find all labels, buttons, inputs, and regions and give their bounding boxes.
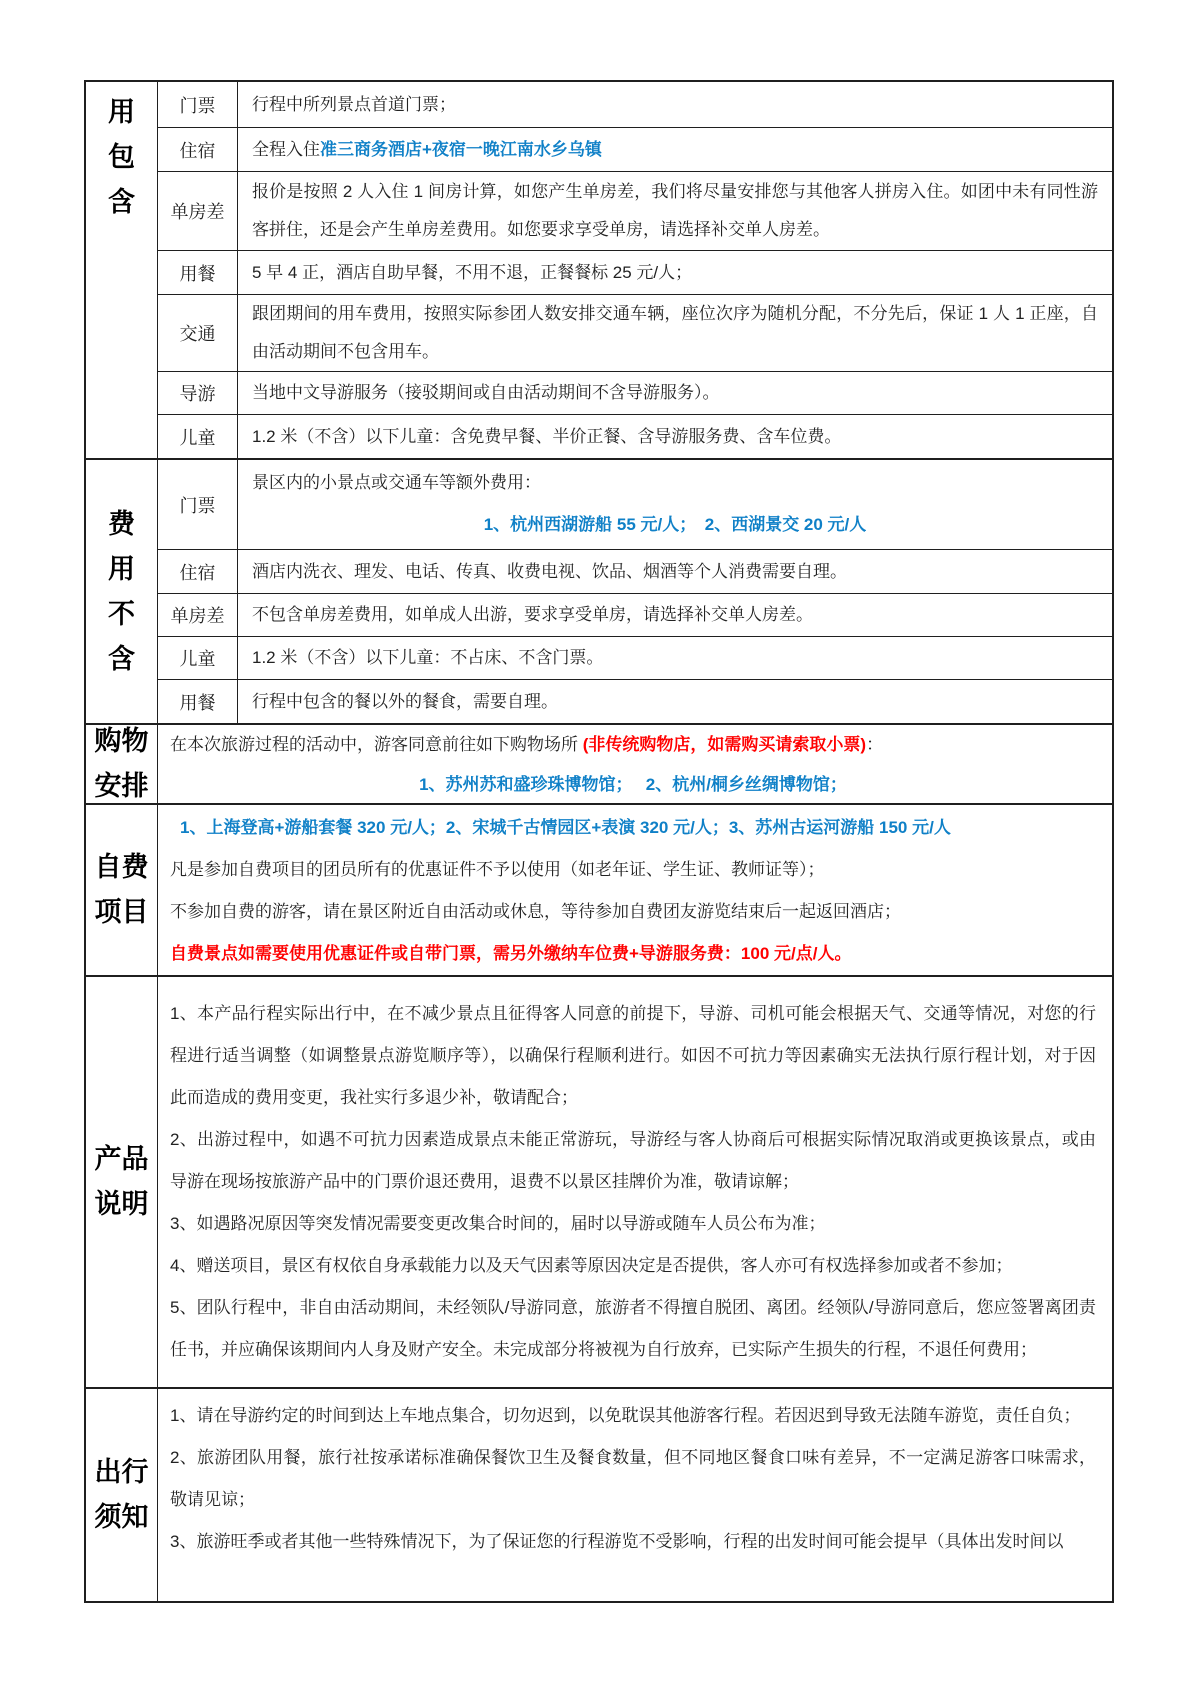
row-sub-label: 单房差 (158, 594, 238, 636)
section-included-body: 门票 行程中所列景点首道门票； 住宿 全程入住准三商务酒店+夜宿一晚江南水乡乌镇… (158, 82, 1112, 458)
label-line: 不 (108, 592, 135, 637)
section-product-notes-content: 1、本产品行程实际出行中，在不减少景点且征得客人同意的前提下，导游、司机可能会根… (158, 977, 1112, 1387)
section-excluded: 费 用 不 含 门票 景区内的小景点或交通车等额外费用： 1、杭州西湖游船 55… (86, 458, 1112, 723)
row-excluded-hotel: 住宿 酒店内洗衣、理发、电话、传真、收费电视、饮品、烟酒等个人消费需要自理。 (158, 549, 1112, 593)
row-content: 当地中文导游服务（接驳期间或自由活动期间不含导游服务）。 (238, 372, 1112, 414)
section-shopping-label: 购物 安排 (86, 725, 158, 803)
section-included-label: 用 包 含 (86, 82, 158, 458)
row-content: 酒店内洗衣、理发、电话、传真、收费电视、饮品、烟酒等个人消费需要自理。 (238, 550, 1112, 593)
row-sub-label: 住宿 (158, 128, 238, 171)
self-paid-price-list: 1、上海登高+游船套餐 320 元/人；2、宋城千古情园区+表演 320 元/人… (170, 807, 1096, 849)
travel-note-item: 3、旅游旺季或者其他一些特殊情况下，为了保证您的行程游览不受影响，行程的出发时间… (170, 1521, 1096, 1563)
row-sub-label: 住宿 (158, 550, 238, 593)
label-line: 产品 (95, 1137, 149, 1182)
row-included-guide: 导游 当地中文导游服务（接驳期间或自由活动期间不含导游服务）。 (158, 371, 1112, 414)
shopping-intro-line: 在本次旅游过程的活动中，游客同意前往如下购物场所 (非传统购物店，如需购买请索取… (170, 725, 1096, 765)
label-line: 须知 (95, 1495, 149, 1540)
travel-note-item: 2、旅游团队用餐，旅行社按承诺标准确保餐饮卫生及餐食数量，但不同地区餐食口味有差… (170, 1437, 1096, 1521)
label-line: 含 (108, 637, 135, 682)
shopping-stores-list: 1、苏州苏和盛珍珠博物馆； 2、杭州/桐乡丝绸博物馆； (170, 765, 1096, 805)
product-note-item: 3、如遇路况原因等突发情况需要变更改集合时间的，届时以导游或随车人员公布为准； (170, 1203, 1096, 1245)
row-content: 报价是按照 2 人入住 1 间房计算，如您产生单房差，我们将尽量安排您与其他客人… (238, 172, 1112, 250)
row-included-ticket: 门票 行程中所列景点首道门票； (158, 82, 1112, 127)
section-product-notes: 产品 说明 1、本产品行程实际出行中，在不减少景点且征得客人同意的前提下，导游、… (86, 975, 1112, 1387)
hotel-prefix: 全程入住 (252, 140, 320, 159)
section-self-paid-content: 1、上海登高+游船套餐 320 元/人；2、宋城千古情园区+表演 320 元/人… (158, 805, 1112, 975)
self-paid-warning: 自费景点如需要使用优惠证件或自带门票，需另外缴纳车位费+导游服务费：100 元/… (170, 933, 1096, 975)
row-included-hotel: 住宿 全程入住准三商务酒店+夜宿一晚江南水乡乌镇 (158, 127, 1112, 171)
label-line: 含 (108, 180, 135, 225)
row-sub-label: 交通 (158, 295, 238, 371)
row-sub-label: 儿童 (158, 415, 238, 458)
row-content: 1.2 米（不含）以下儿童：不占床、不含门票。 (238, 637, 1112, 679)
label-line: 安排 (95, 764, 149, 809)
row-included-transport: 交通 跟团期间的用车费用，按照实际参团人数安排交通车辆，座位次序为随机分配，不分… (158, 294, 1112, 371)
row-content: 跟团期间的用车费用，按照实际参团人数安排交通车辆，座位次序为随机分配，不分先后，… (238, 295, 1112, 371)
section-self-paid-label: 自费 项目 (86, 805, 158, 975)
section-excluded-label: 费 用 不 含 (86, 460, 158, 723)
hotel-highlight: 准三商务酒店+夜宿一晚江南水乡乌镇 (320, 140, 602, 159)
row-content: 5 早 4 正，酒店自助早餐，不用不退，正餐餐标 25 元/人； (238, 251, 1112, 294)
label-line: 出行 (95, 1450, 149, 1495)
row-excluded-meals: 用餐 行程中包含的餐以外的餐食，需要自理。 (158, 679, 1112, 723)
travel-note-item: 1、请在导游约定的时间到达上车地点集合，切勿迟到，以免耽误其他游客行程。若因迟到… (170, 1395, 1096, 1437)
row-included-children: 儿童 1.2 米（不含）以下儿童：含免费早餐、半价正餐、含导游服务费、含车位费。 (158, 414, 1112, 458)
shopping-intro-warning: (非传统购物店，如需购买请索取小票) (583, 735, 866, 754)
row-sub-label: 单房差 (158, 172, 238, 250)
section-travel-notes-label: 出行 须知 (86, 1389, 158, 1601)
label-line: 用 (108, 90, 135, 135)
self-paid-note: 凡是参加自费项目的团员所有的优惠证件不予以使用（如老年证、学生证、教师证等）； (170, 849, 1096, 891)
section-shopping: 购物 安排 在本次旅游过程的活动中，游客同意前往如下购物场所 (非传统购物店，如… (86, 723, 1112, 803)
section-excluded-body: 门票 景区内的小景点或交通车等额外费用： 1、杭州西湖游船 55 元/人； 2、… (158, 460, 1112, 723)
row-excluded-children: 儿童 1.2 米（不含）以下儿童：不占床、不含门票。 (158, 636, 1112, 679)
row-sub-label: 儿童 (158, 637, 238, 679)
self-paid-note: 不参加自费的游客，请在景区附近自由活动或休息，等待参加自费团友游览结束后一起返回… (170, 891, 1096, 933)
row-content: 1.2 米（不含）以下儿童：含免费早餐、半价正餐、含导游服务费、含车位费。 (238, 415, 1112, 458)
label-line: 费 (108, 502, 135, 547)
label-line: 用 (108, 547, 135, 592)
row-content: 不包含单房差费用，如单成人出游，要求享受单房，请选择补交单人房差。 (238, 594, 1112, 636)
product-note-item: 2、出游过程中，如遇不可抗力因素造成景点未能正常游玩，导游经与客人协商后可根据实… (170, 1119, 1096, 1203)
label-line: 购物 (95, 719, 149, 764)
label-line: 项目 (95, 890, 149, 935)
product-note-item: 5、团队行程中，非自由活动期间，未经领队/导游同意，旅游者不得擅自脱团、离团。经… (170, 1287, 1096, 1371)
product-note-item: 1、本产品行程实际出行中，在不减少景点且征得客人同意的前提下，导游、司机可能会根… (170, 993, 1096, 1119)
section-product-notes-label: 产品 说明 (86, 977, 158, 1387)
row-sub-label: 门票 (158, 82, 238, 127)
section-self-paid: 自费 项目 1、上海登高+游船套餐 320 元/人；2、宋城千古情园区+表演 3… (86, 803, 1112, 975)
section-travel-notes: 出行 须知 1、请在导游约定的时间到达上车地点集合，切勿迟到，以免耽误其他游客行… (86, 1387, 1112, 1601)
row-sub-label: 门票 (158, 460, 238, 549)
shopping-intro-colon: ： (866, 735, 883, 754)
product-note-item: 4、赠送项目，景区有权依自身承载能力以及天气因素等原因决定是否提供，客人亦可有权… (170, 1245, 1096, 1287)
travel-terms-table: 用 包 含 门票 行程中所列景点首道门票； 住宿 全程入住准三商务酒店+夜宿一晚… (84, 80, 1114, 1603)
row-sub-label: 导游 (158, 372, 238, 414)
label-line: 自费 (95, 845, 149, 890)
row-content: 行程中所列景点首道门票； (238, 82, 1112, 127)
section-shopping-content: 在本次旅游过程的活动中，游客同意前往如下购物场所 (非传统购物店，如需购买请索取… (158, 725, 1112, 803)
row-content: 全程入住准三商务酒店+夜宿一晚江南水乡乌镇 (238, 128, 1112, 171)
row-included-meals: 用餐 5 早 4 正，酒店自助早餐，不用不退，正餐餐标 25 元/人； (158, 250, 1112, 294)
section-travel-notes-content: 1、请在导游约定的时间到达上车地点集合，切勿迟到，以免耽误其他游客行程。若因迟到… (158, 1389, 1112, 1601)
excluded-ticket-intro: 景区内的小景点或交通车等额外费用： (252, 462, 1098, 504)
row-included-single-supplement: 单房差 报价是按照 2 人入住 1 间房计算，如您产生单房差，我们将尽量安排您与… (158, 171, 1112, 250)
row-sub-label: 用餐 (158, 251, 238, 294)
excluded-ticket-prices: 1、杭州西湖游船 55 元/人； 2、西湖景交 20 元/人 (252, 504, 1098, 546)
label-line: 包 (108, 135, 135, 180)
shopping-intro: 在本次旅游过程的活动中，游客同意前往如下购物场所 (170, 735, 583, 754)
section-included: 用 包 含 门票 行程中所列景点首道门票； 住宿 全程入住准三商务酒店+夜宿一晚… (86, 82, 1112, 458)
label-line: 说明 (95, 1182, 149, 1227)
row-sub-label: 用餐 (158, 680, 238, 723)
row-excluded-single-supplement: 单房差 不包含单房差费用，如单成人出游，要求享受单房，请选择补交单人房差。 (158, 593, 1112, 636)
row-excluded-ticket: 门票 景区内的小景点或交通车等额外费用： 1、杭州西湖游船 55 元/人； 2、… (158, 460, 1112, 549)
row-content: 景区内的小景点或交通车等额外费用： 1、杭州西湖游船 55 元/人； 2、西湖景… (238, 460, 1112, 549)
row-content: 行程中包含的餐以外的餐食，需要自理。 (238, 680, 1112, 723)
